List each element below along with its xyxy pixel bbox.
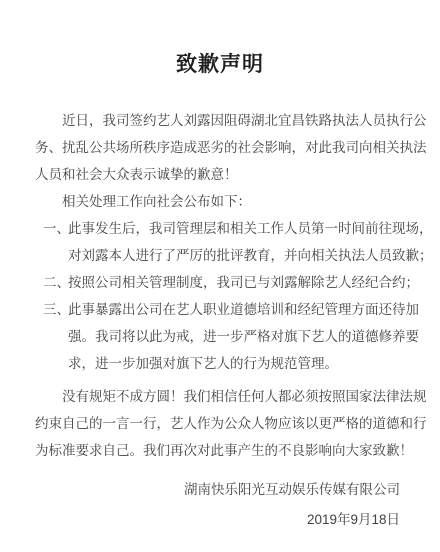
list-item-2-text: 按照公司相关管理制度，我司已与刘露解除艺人经纪合约； [68,269,400,296]
closing-line-1: 没有规矩不成方圆！我们相信任何人都必须按照国家法律法规 [35,383,400,410]
list-item-3-line-1: 此事暴露出公司在艺人职业道德培训和经纪管理方面还待加 [68,296,400,323]
lead-paragraph: 相关处理工作向社会公布如下： [35,188,400,215]
intro-line-3: 人员和社会大众表示诚挚的歉意！ [35,161,400,188]
list-item-1-text: 此事发生后，我司管理层和相关工作人员第一时间前往现场， 对刘露本人进行了严厉的批… [68,215,400,269]
intro-paragraph: 近日，我司签约艺人刘露因阻碍湖北宜昌铁路执法人员执行公 务、扰乱公共场所秩序造成… [35,107,400,188]
list-item-3-line-3: 求，进一步加强对旗下艺人的行为规范管理。 [68,350,400,377]
closing-line-2: 约束自己的一言一行，艺人作为公众人物应该以更严格的道德和行 [35,410,400,437]
list-item-2-line-1: 按照公司相关管理制度，我司已与刘露解除艺人经纪合约； [68,269,400,296]
numbered-list: 一、 此事发生后，我司管理层和相关工作人员第一时间前往现场， 对刘露本人进行了严… [35,215,400,377]
closing-paragraph: 没有规矩不成方圆！我们相信任何人都必须按照国家法律法规 约束自己的一言一行，艺人… [35,383,400,464]
statement-date: 2019年9月18日 [35,505,400,535]
list-item-3-text: 此事暴露出公司在艺人职业道德培训和经纪管理方面还待加 强。我司将以此为戒，进一步… [68,296,400,377]
list-item-3-marker: 三、 [43,296,68,323]
list-item-2: 二、 按照公司相关管理制度，我司已与刘露解除艺人经纪合约； [35,269,400,296]
apology-statement-document: 致歉声明 近日，我司签约艺人刘露因阻碍湖北宜昌铁路执法人员执行公 务、扰乱公共场… [0,0,440,552]
signature-block: 湖南快乐阳光互动娱乐传媒有限公司 2019年9月18日 [35,475,400,535]
intro-line-2: 务、扰乱公共场所秩序造成恶劣的社会影响，对此我司向相关执法 [35,134,400,161]
closing-line-3: 为标准要求自己。我们再次对此事产生的不良影响向大家致歉！ [35,437,400,464]
document-body: 近日，我司签约艺人刘露因阻碍湖北宜昌铁路执法人员执行公 务、扰乱公共场所秩序造成… [35,107,400,535]
list-item-3-line-2: 强。我司将以此为戒，进一步严格对旗下艺人的道德修养要 [68,323,400,350]
company-name: 湖南快乐阳光互动娱乐传媒有限公司 [35,475,400,505]
list-item-1: 一、 此事发生后，我司管理层和相关工作人员第一时间前往现场， 对刘露本人进行了严… [35,215,400,269]
document-title: 致歉声明 [0,0,440,77]
list-item-1-line-1: 此事发生后，我司管理层和相关工作人员第一时间前往现场， [68,215,400,242]
list-item-2-marker: 二、 [43,269,68,296]
list-item-3: 三、 此事暴露出公司在艺人职业道德培训和经纪管理方面还待加 强。我司将以此为戒，… [35,296,400,377]
list-item-1-line-2: 对刘露本人进行了严厉的批评教育，并向相关执法人员致歉； [68,242,400,269]
intro-line-1: 近日，我司签约艺人刘露因阻碍湖北宜昌铁路执法人员执行公 [35,107,400,134]
list-item-1-marker: 一、 [43,215,68,242]
lead-line: 相关处理工作向社会公布如下： [35,188,400,215]
